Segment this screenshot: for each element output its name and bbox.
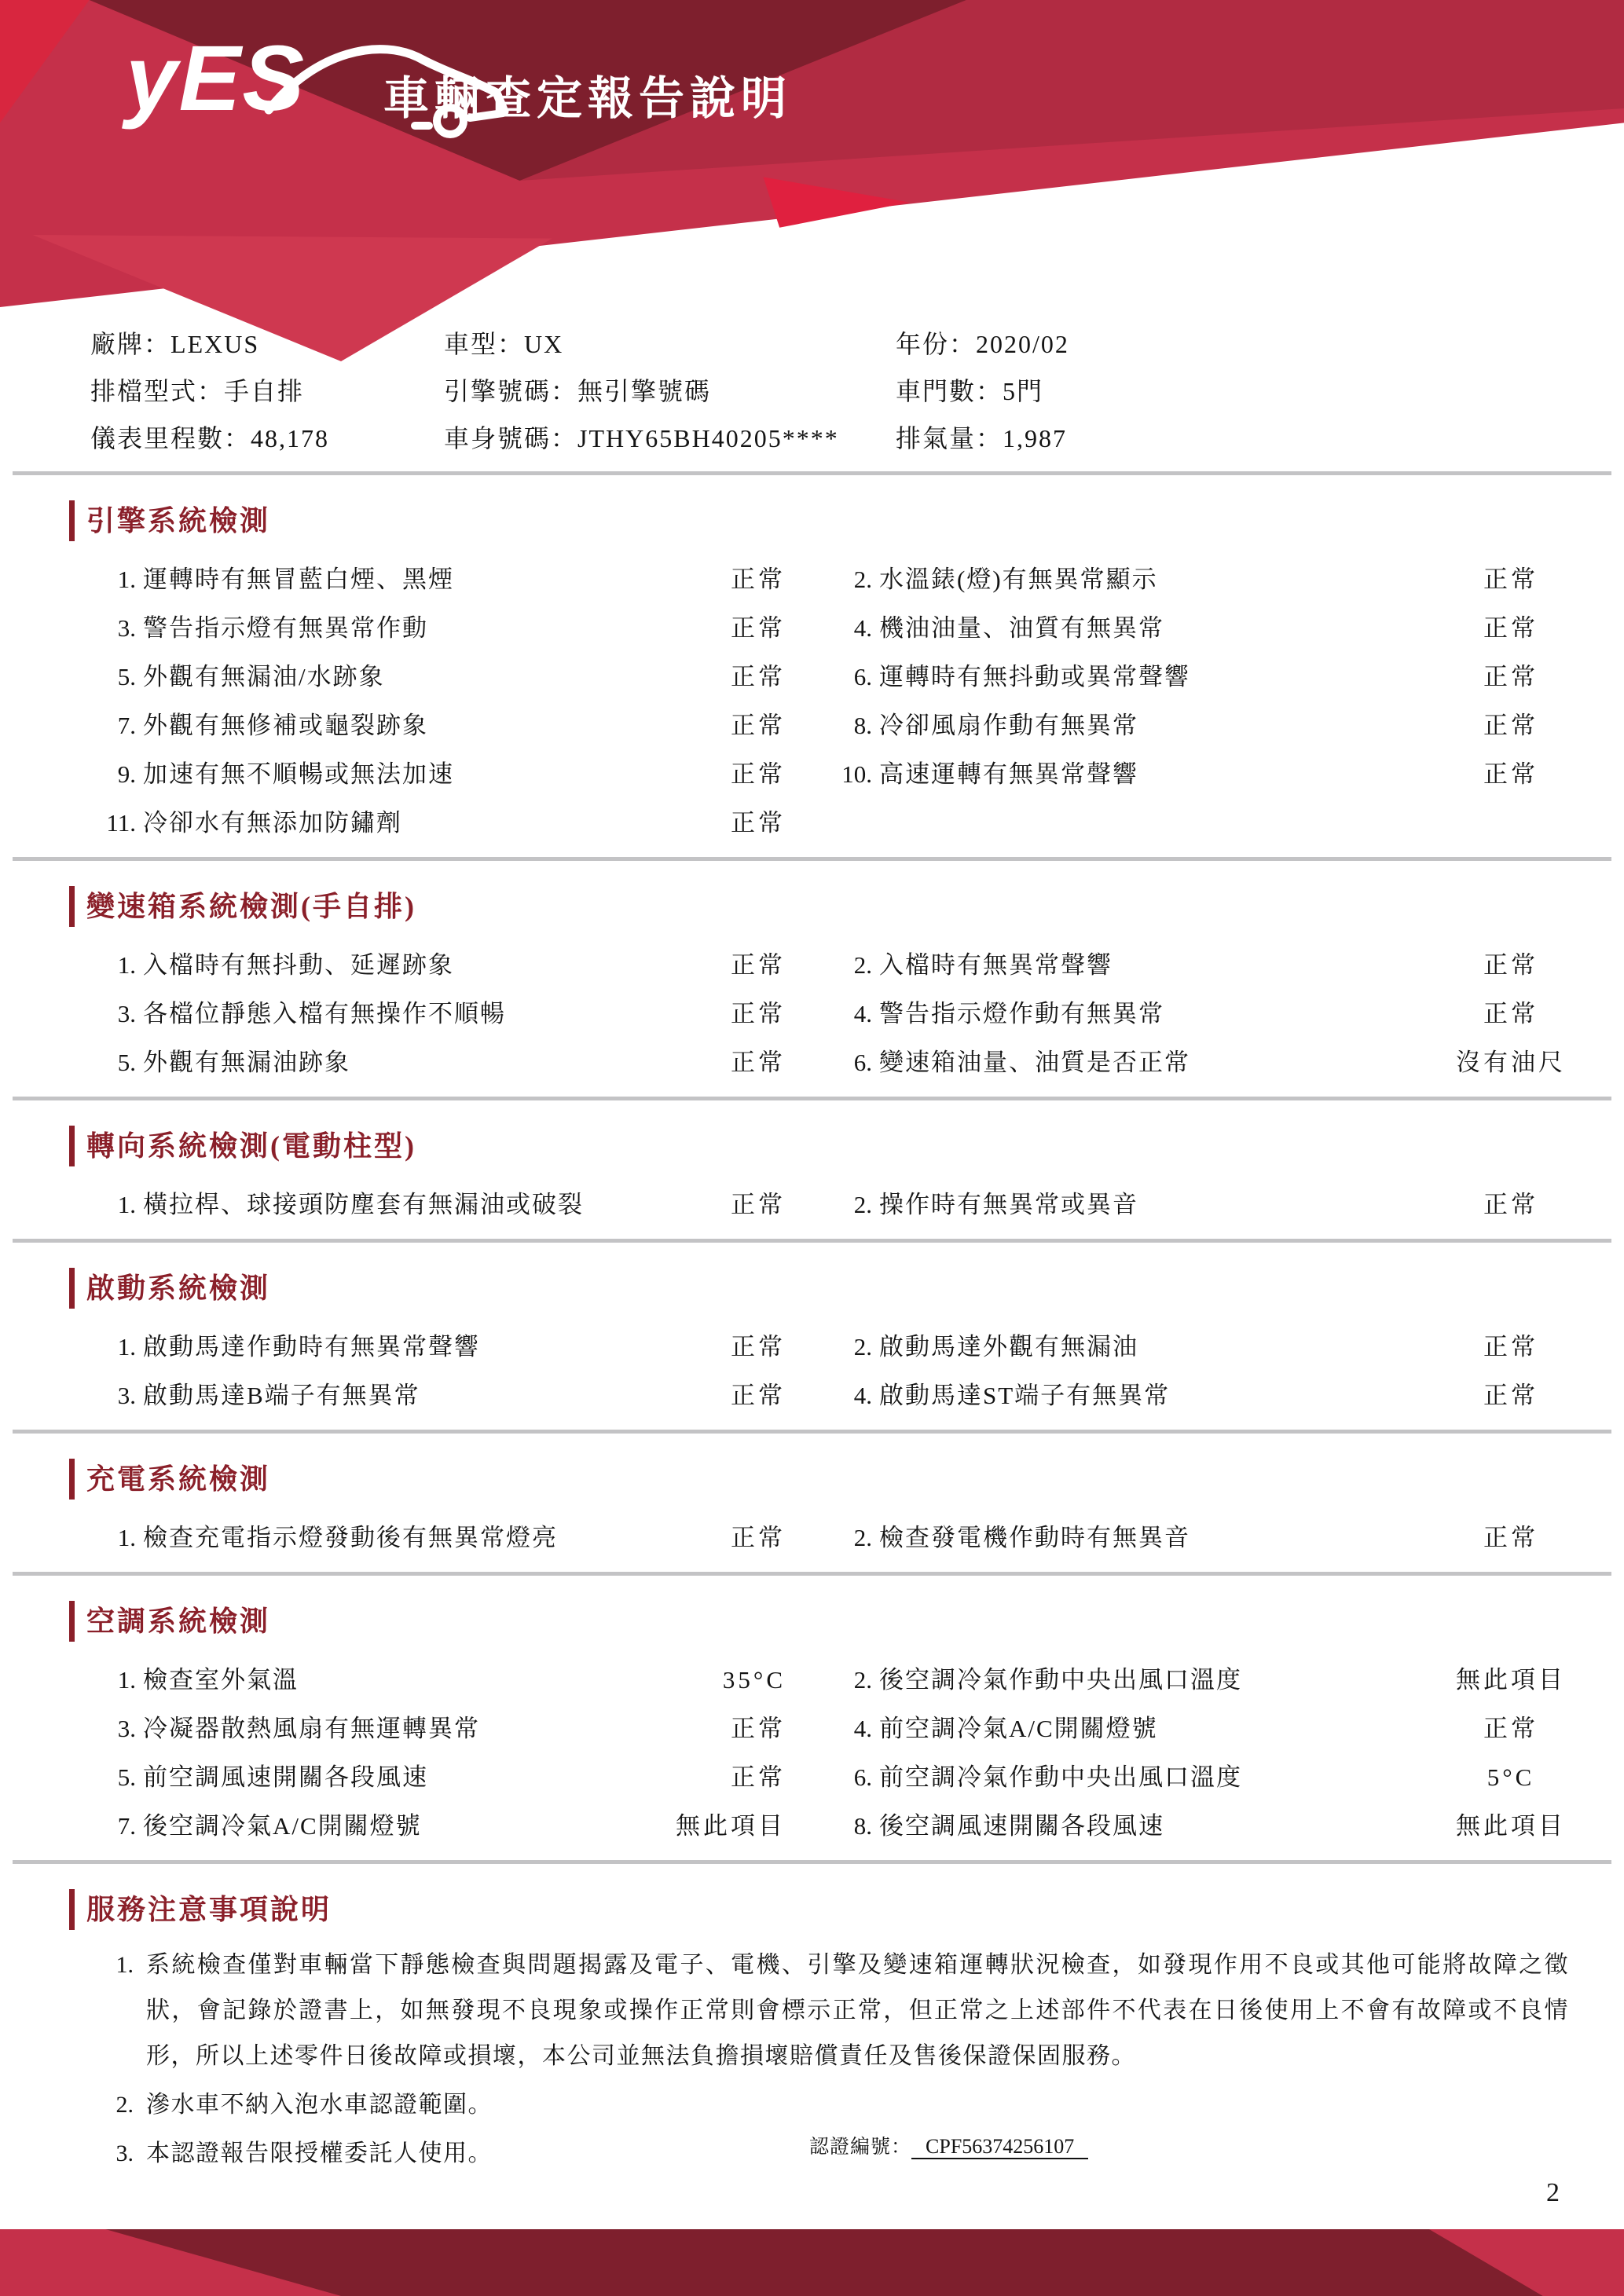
check-item: 1. 入檔時有無抖動、延遲跡象 正常 (90, 945, 786, 980)
item-label: 警告指示燈有無異常作動 (136, 608, 644, 643)
field-value: 手自排 (224, 377, 304, 405)
item-status: 無此項目 (1443, 1806, 1578, 1841)
check-item: 3. 啟動馬達B端子有無異常 正常 (90, 1375, 786, 1411)
check-row: 1. 啟動馬達作動時有無異常聲響 正常 2. 啟動馬達外觀有無漏油 正常 (0, 1320, 1624, 1368)
item-number: 6. (827, 1049, 872, 1077)
item-label: 外觀有無漏油跡象 (136, 1042, 644, 1078)
field-label: 廠牌： (90, 330, 170, 358)
service-notes-section: 服務注意事項說明 1. 系統檢查僅對車輛當下靜態檢查與問題揭露及電子、電機、引擎… (0, 1889, 1624, 2177)
item-status: 正常 (644, 1708, 786, 1744)
item-number: 3. (90, 1715, 136, 1743)
item-label: 後空調風速開關各段風速 (872, 1806, 1443, 1841)
field-label: 車型： (444, 330, 524, 358)
note-item: 2. 滲水車不納入泡水車認證範圍。 (90, 2082, 1569, 2128)
vehicle-info-row: 儀表里程數：48,178車身號碼：JTHY65BH40205****排氣量：1,… (90, 413, 1577, 460)
item-number: 2. (827, 951, 872, 980)
item-label: 運轉時有無抖動或異常聲響 (872, 657, 1443, 692)
item-status: 正常 (644, 1185, 786, 1220)
item-status: 正常 (1443, 1518, 1578, 1553)
report-body: 廠牌：LEXUS車型：UX年份：2020/02排檔型式：手自排引擎號碼：無引擎號… (0, 0, 1624, 2177)
item-label: 檢查充電指示燈發動後有無異常燈亮 (136, 1518, 644, 1553)
item-status: 正常 (1443, 754, 1578, 789)
check-item: 1. 啟動馬達作動時有無異常聲響 正常 (90, 1327, 786, 1362)
vehicle-info-row: 排檔型式：手自排引擎號碼：無引擎號碼車門數：5門 (90, 366, 1577, 413)
vehicle-info-field: 車型：UX (444, 324, 896, 361)
check-row: 3. 冷凝器散熱風扇有無運轉異常 正常 4. 前空調冷氣A/C開關燈號 正常 (0, 1701, 1624, 1750)
section-items: 1. 檢查充電指示燈發動後有無異常燈亮 正常 2. 檢查發電機作動時有無異音 正… (0, 1511, 1624, 1559)
vehicle-info-field: 廠牌：LEXUS (90, 324, 444, 361)
cert-value: CPF56374256107 (911, 2135, 1088, 2159)
check-item: 6. 變速箱油量、油質是否正常 沒有油尺 (827, 1042, 1578, 1078)
check-item: 8. 冷卻風扇作動有無異常 正常 (827, 705, 1578, 741)
field-label: 引擎號碼： (444, 377, 577, 405)
inspection-section: 轉向系統檢測(電動柱型) 1. 橫拉桿、球接頭防塵套有無漏油或破裂 正常 2. … (0, 1126, 1624, 1243)
check-row: 5. 外觀有無漏油/水跡象 正常 6. 運轉時有無抖動或異常聲響 正常 (0, 650, 1624, 698)
check-item: 6. 運轉時有無抖動或異常聲響 正常 (827, 657, 1578, 692)
item-status: 正常 (1443, 1185, 1578, 1220)
item-label: 冷凝器散熱風扇有無運轉異常 (136, 1708, 644, 1744)
divider (13, 1097, 1611, 1100)
check-item: 7. 外觀有無修補或龜裂跡象 正常 (90, 705, 786, 741)
inspection-section: 空調系統檢測 1. 檢查室外氣溫 35°C 2. 後空調冷氣作動中央出風口溫度 … (0, 1601, 1624, 1864)
check-item: 4. 警告指示燈作動有無異常 正常 (827, 994, 1578, 1029)
item-status: 正常 (1443, 559, 1578, 595)
field-value: 無引擎號碼 (577, 377, 711, 405)
item-label: 外觀有無修補或龜裂跡象 (136, 705, 644, 741)
field-label: 排檔型式： (90, 377, 224, 405)
item-number: 6. (827, 663, 872, 691)
check-row: 7. 外觀有無修補或龜裂跡象 正常 8. 冷卻風扇作動有無異常 正常 (0, 698, 1624, 747)
item-status: 正常 (644, 994, 786, 1029)
item-number: 10. (827, 760, 872, 789)
item-label: 橫拉桿、球接頭防塵套有無漏油或破裂 (136, 1185, 644, 1220)
section-items: 1. 橫拉桿、球接頭防塵套有無漏油或破裂 正常 2. 操作時有無異常或異音 正常 (0, 1177, 1624, 1226)
section-items: 1. 入檔時有無抖動、延遲跡象 正常 2. 入檔時有無異常聲響 正常 3. 各檔… (0, 938, 1624, 1084)
check-row: 1. 檢查充電指示燈發動後有無異常燈亮 正常 2. 檢查發電機作動時有無異音 正… (0, 1511, 1624, 1559)
note-item: 1. 系統檢查僅對車輛當下靜態檢查與問題揭露及電子、電機、引擎及變速箱運轉狀況檢… (90, 1943, 1569, 2079)
divider (13, 471, 1611, 475)
item-status: 正常 (644, 1757, 786, 1792)
check-item: 6. 前空調冷氣作動中央出風口溫度 5°C (827, 1757, 1578, 1792)
vehicle-info-row: 廠牌：LEXUS車型：UX年份：2020/02 (90, 319, 1577, 366)
vehicle-info-field: 儀表里程數：48,178 (90, 419, 444, 455)
check-item: 5. 外觀有無漏油/水跡象 正常 (90, 657, 786, 692)
check-row: 1. 運轉時有無冒藍白煙、黑煙 正常 2. 水溫錶(燈)有無異常顯示 正常 (0, 552, 1624, 601)
field-value: JTHY65BH40205**** (577, 424, 839, 452)
item-label: 機油油量、油質有無異常 (872, 608, 1443, 643)
note-number: 3. (90, 2131, 134, 2177)
inspection-section: 變速箱系統檢測(手自排) 1. 入檔時有無抖動、延遲跡象 正常 2. 入檔時有無… (0, 886, 1624, 1100)
item-number: 2. (827, 566, 872, 594)
note-number: 1. (90, 1943, 134, 2079)
item-status: 正常 (1443, 1375, 1578, 1411)
check-item: 4. 前空調冷氣A/C開關燈號 正常 (827, 1708, 1578, 1744)
check-item: 4. 啟動馬達ST端子有無異常 正常 (827, 1375, 1578, 1411)
item-number: 2. (827, 1524, 872, 1552)
item-number: 4. (827, 614, 872, 643)
check-item: 4. 機油油量、油質有無異常 正常 (827, 608, 1578, 643)
check-row: 3. 啟動馬達B端子有無異常 正常 4. 啟動馬達ST端子有無異常 正常 (0, 1368, 1624, 1417)
section-title: 充電系統檢測 (69, 1459, 1624, 1500)
item-label: 啟動馬達作動時有無異常聲響 (136, 1327, 644, 1362)
divider (13, 857, 1611, 861)
check-row: 1. 橫拉桿、球接頭防塵套有無漏油或破裂 正常 2. 操作時有無異常或異音 正常 (0, 1177, 1624, 1226)
vehicle-info-field: 引擎號碼：無引擎號碼 (444, 372, 896, 408)
check-item: 2. 操作時有無異常或異音 正常 (827, 1185, 1578, 1220)
item-status: 5°C (1443, 1763, 1578, 1792)
check-row: 11. 冷卻水有無添加防鏽劑 正常 (0, 796, 1624, 844)
item-label: 高速運轉有無異常聲響 (872, 754, 1443, 789)
item-number: 8. (827, 712, 872, 740)
item-number: 4. (827, 1382, 872, 1410)
check-row: 3. 各檔位靜態入檔有無操作不順暢 正常 4. 警告指示燈作動有無異常 正常 (0, 987, 1624, 1035)
item-status: 正常 (644, 1518, 786, 1553)
item-status: 正常 (644, 1327, 786, 1362)
vehicle-info-field: 車身號碼：JTHY65BH40205**** (444, 419, 896, 455)
check-item: 1. 運轉時有無冒藍白煙、黑煙 正常 (90, 559, 786, 595)
item-status: 無此項目 (644, 1806, 786, 1841)
field-value: 48,178 (251, 424, 329, 452)
section-items: 1. 檢查室外氣溫 35°C 2. 後空調冷氣作動中央出風口溫度 無此項目 3.… (0, 1653, 1624, 1847)
vehicle-info-field: 排氣量：1,987 (896, 419, 1577, 455)
check-row: 1. 入檔時有無抖動、延遲跡象 正常 2. 入檔時有無異常聲響 正常 (0, 938, 1624, 987)
item-label: 檢查發電機作動時有無異音 (872, 1518, 1443, 1553)
item-number: 1. (90, 566, 136, 594)
field-value: 2020/02 (976, 330, 1069, 358)
item-number: 1. (90, 1333, 136, 1361)
item-status: 正常 (644, 1375, 786, 1411)
check-item: 11. 冷卻水有無添加防鏽劑 正常 (90, 803, 786, 838)
check-item: 2. 水溫錶(燈)有無異常顯示 正常 (827, 559, 1578, 595)
item-number: 11. (90, 809, 136, 837)
item-label: 檢查室外氣溫 (136, 1660, 644, 1695)
check-item: 3. 警告指示燈有無異常作動 正常 (90, 608, 786, 643)
page-number: 2 (1546, 2178, 1560, 2208)
section-title: 轉向系統檢測(電動柱型) (69, 1126, 1624, 1166)
check-item: 3. 冷凝器散熱風扇有無運轉異常 正常 (90, 1708, 786, 1744)
item-label: 冷卻風扇作動有無異常 (872, 705, 1443, 741)
field-label: 車身號碼： (444, 424, 577, 452)
item-status: 正常 (644, 608, 786, 643)
item-status: 35°C (644, 1666, 786, 1694)
item-status: 正常 (644, 559, 786, 595)
check-item: 2. 入檔時有無異常聲響 正常 (827, 945, 1578, 980)
check-row: 1. 檢查室外氣溫 35°C 2. 後空調冷氣作動中央出風口溫度 無此項目 (0, 1653, 1624, 1701)
check-row: 5. 外觀有無漏油跡象 正常 6. 變速箱油量、油質是否正常 沒有油尺 (0, 1035, 1624, 1084)
inspection-section: 充電系統檢測 1. 檢查充電指示燈發動後有無異常燈亮 正常 2. 檢查發電機作動… (0, 1459, 1624, 1576)
inspection-section: 引擎系統檢測 1. 運轉時有無冒藍白煙、黑煙 正常 2. 水溫錶(燈)有無異常顯… (0, 500, 1624, 861)
note-number: 2. (90, 2082, 134, 2128)
note-text: 滲水車不納入泡水車認證範圍。 (134, 2082, 1569, 2128)
item-label: 加速有無不順暢或無法加速 (136, 754, 644, 789)
item-number: 7. (90, 712, 136, 740)
item-status: 正常 (644, 754, 786, 789)
note-list: 1. 系統檢查僅對車輛當下靜態檢查與問題揭露及電子、電機、引擎及變速箱運轉狀況檢… (0, 1943, 1624, 2177)
item-status: 無此項目 (1443, 1660, 1578, 1695)
field-value: LEXUS (170, 330, 259, 358)
item-label: 冷卻水有無添加防鏽劑 (136, 803, 644, 838)
item-status: 正常 (1443, 1708, 1578, 1744)
field-label: 儀表里程數： (90, 424, 251, 452)
section-title: 空調系統檢測 (69, 1601, 1624, 1642)
field-value: 5門 (1003, 377, 1043, 405)
divider (13, 1572, 1611, 1576)
field-value: UX (524, 330, 563, 358)
check-item: 1. 橫拉桿、球接頭防塵套有無漏油或破裂 正常 (90, 1185, 786, 1220)
item-status: 正常 (1443, 657, 1578, 692)
section-title: 引擎系統檢測 (69, 500, 1624, 541)
item-number: 4. (827, 1715, 872, 1743)
item-label: 操作時有無異常或異音 (872, 1185, 1443, 1220)
item-number: 6. (827, 1763, 872, 1792)
vehicle-info-section: 廠牌：LEXUS車型：UX年份：2020/02排檔型式：手自排引擎號碼：無引擎號… (0, 319, 1624, 475)
item-number: 2. (827, 1333, 872, 1361)
page-footer (0, 2229, 1624, 2296)
divider (13, 1430, 1611, 1434)
item-number: 5. (90, 663, 136, 691)
item-label: 啟動馬達外觀有無漏油 (872, 1327, 1443, 1362)
certification-number: 認證編號：CPF56374256107 (809, 2123, 1088, 2170)
check-item: 1. 檢查充電指示燈發動後有無異常燈亮 正常 (90, 1518, 786, 1553)
cert-label: 認證編號： (809, 2137, 911, 2158)
item-label: 入檔時有無抖動、延遲跡象 (136, 945, 644, 980)
item-status: 正常 (644, 803, 786, 838)
section-items: 1. 運轉時有無冒藍白煙、黑煙 正常 2. 水溫錶(燈)有無異常顯示 正常 3.… (0, 552, 1624, 844)
item-label: 運轉時有無冒藍白煙、黑煙 (136, 559, 644, 595)
check-item: 2. 檢查發電機作動時有無異音 正常 (827, 1518, 1578, 1553)
item-number: 5. (90, 1763, 136, 1792)
check-item: 1. 檢查室外氣溫 35°C (90, 1660, 786, 1695)
vehicle-info-field: 車門數：5門 (896, 372, 1577, 408)
item-label: 各檔位靜態入檔有無操作不順暢 (136, 994, 644, 1029)
section-title: 變速箱系統檢測(手自排) (69, 886, 1624, 927)
field-label: 年份： (896, 330, 976, 358)
item-number: 3. (90, 614, 136, 643)
item-number: 3. (90, 1382, 136, 1410)
divider (13, 1239, 1611, 1243)
item-number: 7. (90, 1812, 136, 1840)
check-item: 3. 各檔位靜態入檔有無操作不順暢 正常 (90, 994, 786, 1029)
vehicle-info-field: 排檔型式：手自排 (90, 372, 444, 408)
item-status: 沒有油尺 (1443, 1042, 1578, 1078)
item-number: 1. (90, 1666, 136, 1694)
vehicle-info-field: 年份：2020/02 (896, 324, 1577, 361)
field-label: 車門數： (896, 377, 1003, 405)
section-items: 1. 啟動馬達作動時有無異常聲響 正常 2. 啟動馬達外觀有無漏油 正常 3. … (0, 1320, 1624, 1417)
inspection-section: 啟動系統檢測 1. 啟動馬達作動時有無異常聲響 正常 2. 啟動馬達外觀有無漏油… (0, 1268, 1624, 1434)
item-number: 4. (827, 1000, 872, 1028)
item-status: 正常 (1443, 705, 1578, 741)
item-number: 1. (90, 951, 136, 980)
check-row: 3. 警告指示燈有無異常作動 正常 4. 機油油量、油質有無異常 正常 (0, 601, 1624, 650)
item-label: 警告指示燈作動有無異常 (872, 994, 1443, 1029)
item-label: 後空調冷氣作動中央出風口溫度 (872, 1660, 1443, 1695)
item-number: 2. (827, 1191, 872, 1219)
item-status: 正常 (1443, 1327, 1578, 1362)
item-status: 正常 (1443, 608, 1578, 643)
item-label: 水溫錶(燈)有無異常顯示 (872, 559, 1443, 595)
item-label: 啟動馬達B端子有無異常 (136, 1375, 644, 1411)
item-status: 正常 (1443, 945, 1578, 980)
notes-title: 服務注意事項說明 (69, 1889, 1624, 1930)
check-item: 9. 加速有無不順暢或無法加速 正常 (90, 754, 786, 789)
field-label: 排氣量： (896, 424, 1003, 452)
item-label: 前空調風速開關各段風速 (136, 1757, 644, 1792)
item-number: 5. (90, 1049, 136, 1077)
item-status: 正常 (644, 657, 786, 692)
item-label: 前空調冷氣A/C開關燈號 (872, 1708, 1443, 1744)
item-number: 9. (90, 760, 136, 789)
item-number: 3. (90, 1000, 136, 1028)
item-status: 正常 (644, 1042, 786, 1078)
check-row: 9. 加速有無不順暢或無法加速 正常 10. 高速運轉有無異常聲響 正常 (0, 747, 1624, 796)
note-text: 系統檢查僅對車輛當下靜態檢查與問題揭露及電子、電機、引擎及變速箱運轉狀況檢查，如… (134, 1943, 1569, 2079)
check-item: 8. 後空調風速開關各段風速 無此項目 (827, 1806, 1578, 1841)
item-label: 前空調冷氣作動中央出風口溫度 (872, 1757, 1443, 1792)
check-row: 7. 後空調冷氣A/C開關燈號 無此項目 8. 後空調風速開關各段風速 無此項目 (0, 1799, 1624, 1847)
check-item: 2. 後空調冷氣作動中央出風口溫度 無此項目 (827, 1660, 1578, 1695)
vehicle-info-grid: 廠牌：LEXUS車型：UX年份：2020/02排檔型式：手自排引擎號碼：無引擎號… (90, 319, 1577, 471)
item-label: 啟動馬達ST端子有無異常 (872, 1375, 1443, 1411)
item-label: 變速箱油量、油質是否正常 (872, 1042, 1443, 1078)
check-row: 5. 前空調風速開關各段風速 正常 6. 前空調冷氣作動中央出風口溫度 5°C (0, 1750, 1624, 1799)
item-number: 1. (90, 1524, 136, 1552)
note-item: 3. 本認證報告限授權委託人使用。 認證編號：CPF56374256107 (90, 2131, 1569, 2177)
inspection-sections: 引擎系統檢測 1. 運轉時有無冒藍白煙、黑煙 正常 2. 水溫錶(燈)有無異常顯… (0, 500, 1624, 1864)
check-item: 5. 前空調風速開關各段風速 正常 (90, 1757, 786, 1792)
item-number: 8. (827, 1812, 872, 1840)
item-number: 2. (827, 1666, 872, 1694)
check-item: 5. 外觀有無漏油跡象 正常 (90, 1042, 786, 1078)
check-item: 7. 後空調冷氣A/C開關燈號 無此項目 (90, 1806, 786, 1841)
check-item: 2. 啟動馬達外觀有無漏油 正常 (827, 1327, 1578, 1362)
check-item: 10. 高速運轉有無異常聲響 正常 (827, 754, 1578, 789)
item-label: 外觀有無漏油/水跡象 (136, 657, 644, 692)
item-label: 入檔時有無異常聲響 (872, 945, 1443, 980)
item-number: 1. (90, 1191, 136, 1219)
item-status: 正常 (1443, 994, 1578, 1029)
field-value: 1,987 (1003, 424, 1067, 452)
item-status: 正常 (644, 945, 786, 980)
item-status: 正常 (644, 705, 786, 741)
item-label: 後空調冷氣A/C開關燈號 (136, 1806, 644, 1841)
divider (13, 1860, 1611, 1864)
section-title: 啟動系統檢測 (69, 1268, 1624, 1309)
